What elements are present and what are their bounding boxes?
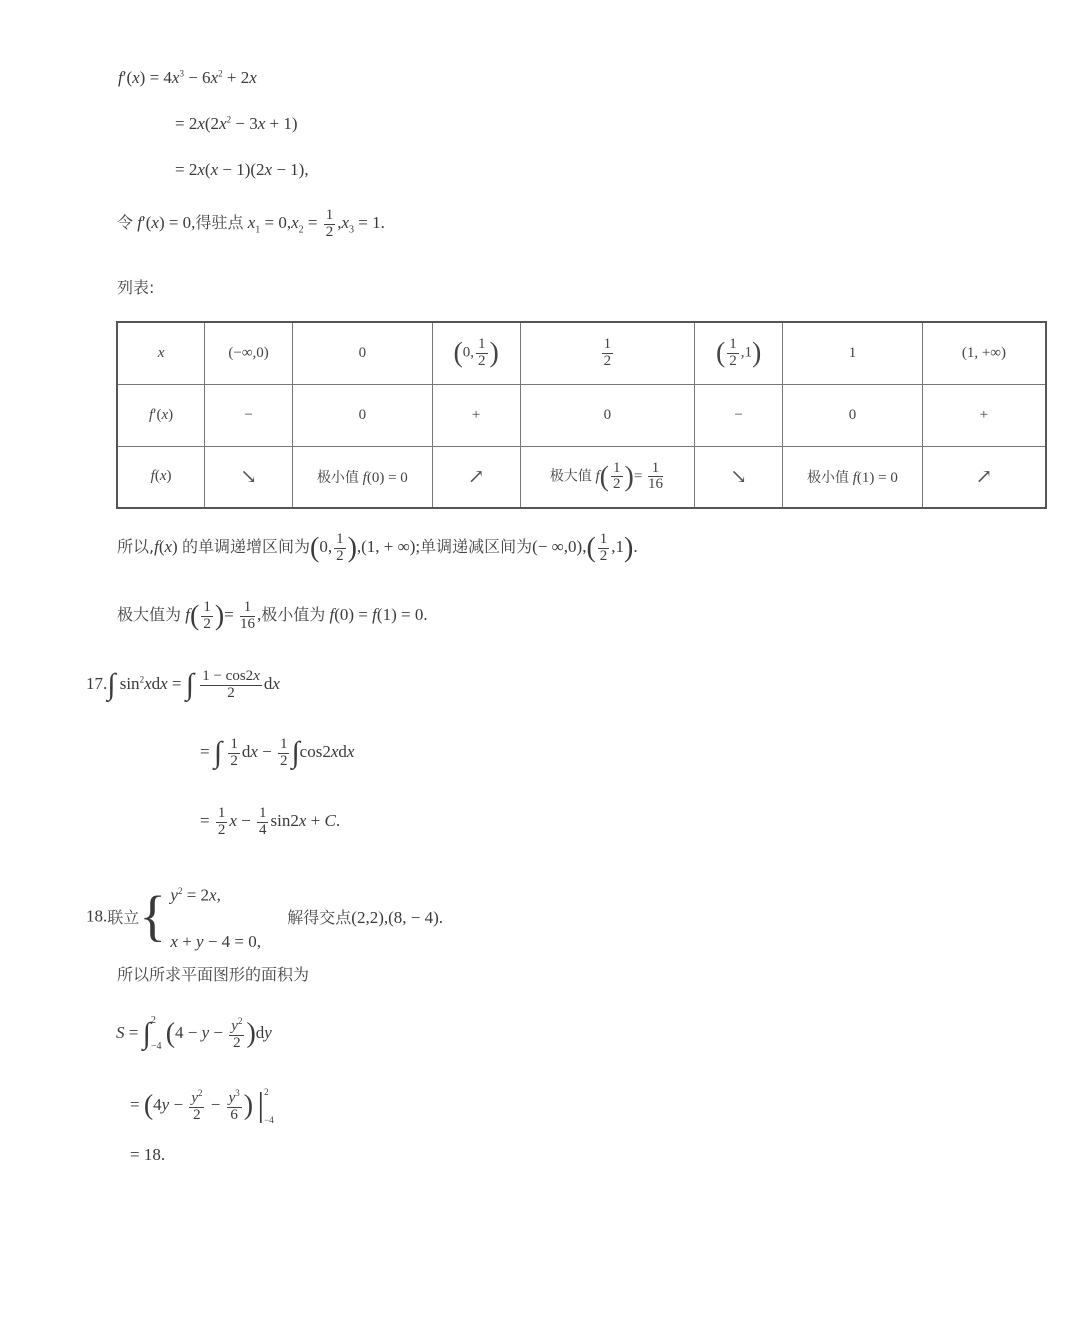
cell: (0,12) xyxy=(432,322,520,384)
cell: − xyxy=(205,384,293,446)
q17-line-3: = 12x − 14sin2x + C. xyxy=(200,806,340,839)
increasing-arrow-icon: ↗ xyxy=(976,466,993,488)
cell: ↘ xyxy=(695,446,783,508)
monotonic-intervals: 所以,f(x) 的单调递增区间为(0,12),(1, + ∞);单调递减区间为(… xyxy=(117,532,638,565)
cell: ↗ xyxy=(432,446,520,508)
decreasing-arrow-icon: ↘ xyxy=(730,466,747,488)
cell: 0 xyxy=(520,384,695,446)
table-row-f: f(x) ↘ 极小值 f(0) = 0 ↗ 极大值 f(12)= 116 ↘ 极… xyxy=(117,446,1046,508)
variation-table: x (−∞,0) 0 (0,12) 12 (12,1) 1 (1, +∞) f′… xyxy=(116,321,1047,509)
table-row-fprime: f′(x) − 0 + 0 − 0 + xyxy=(117,384,1046,446)
cell: ↘ xyxy=(205,446,293,508)
fraction-one-half: 12 xyxy=(324,208,336,241)
q17-line-1: 17.∫ sin2xdx = ∫ 1 − cos2x2dx xyxy=(86,668,280,702)
derivative-line-3: = 2x(x − 1)(2x − 1), xyxy=(175,160,309,180)
cell: 12 xyxy=(520,322,695,384)
cell: 0 xyxy=(292,322,432,384)
cell: 极大值 f(12)= 116 xyxy=(520,446,695,508)
q18-integral: S = ∫2−4 (4 − y − y22)dy xyxy=(116,1008,272,1060)
cell: 1 xyxy=(783,322,923,384)
cell: (1, +∞) xyxy=(922,322,1046,384)
cell: 极小值 f(1) = 0 xyxy=(783,446,923,508)
table-row-x: x (−∞,0) 0 (0,12) 12 (12,1) 1 (1, +∞) xyxy=(117,322,1046,384)
q18-result: = 18. xyxy=(130,1145,165,1165)
cell: + xyxy=(922,384,1046,446)
increasing-arrow-icon: ↗ xyxy=(468,466,485,488)
derivative-line-2: = 2x(2x2 − 3x + 1) xyxy=(175,114,298,134)
cell: ↗ xyxy=(922,446,1046,508)
row-header-f: f(x) xyxy=(117,446,205,508)
row-header-fprime: f′(x) xyxy=(117,384,205,446)
cell: + xyxy=(432,384,520,446)
critical-points-line: 令 f′(x) = 0,得驻点 x1 = 0,x2 = 12,x3 = 1. xyxy=(117,208,385,241)
q18-evaluation: = (4y − y22 − y36) |2−4 xyxy=(130,1078,274,1134)
cell: 0 xyxy=(292,384,432,446)
table-label: 列表: xyxy=(117,275,154,298)
q18-area-text: 所以所求平面图形的面积为 xyxy=(117,962,309,985)
row-header-x: x xyxy=(117,322,205,384)
q18-system: 18.联立{ y2 = 2x, x + y − 4 = 0, 解得交点(2,2)… xyxy=(86,868,443,938)
decreasing-arrow-icon: ↘ xyxy=(240,466,257,488)
cell: (12,1) xyxy=(695,322,783,384)
q17-line-2: = ∫ 12dx − 12∫cos2xdx xyxy=(200,736,354,770)
cell: (−∞,0) xyxy=(205,322,293,384)
extrema-values: 极大值为 f(12)= 116,极小值为 f(0) = f(1) = 0. xyxy=(117,600,428,633)
cell: 0 xyxy=(783,384,923,446)
cell: − xyxy=(695,384,783,446)
derivative-line-1: f′(x) = 4x3 − 6x2 + 2x xyxy=(118,68,257,88)
cell: 极小值 f(0) = 0 xyxy=(292,446,432,508)
